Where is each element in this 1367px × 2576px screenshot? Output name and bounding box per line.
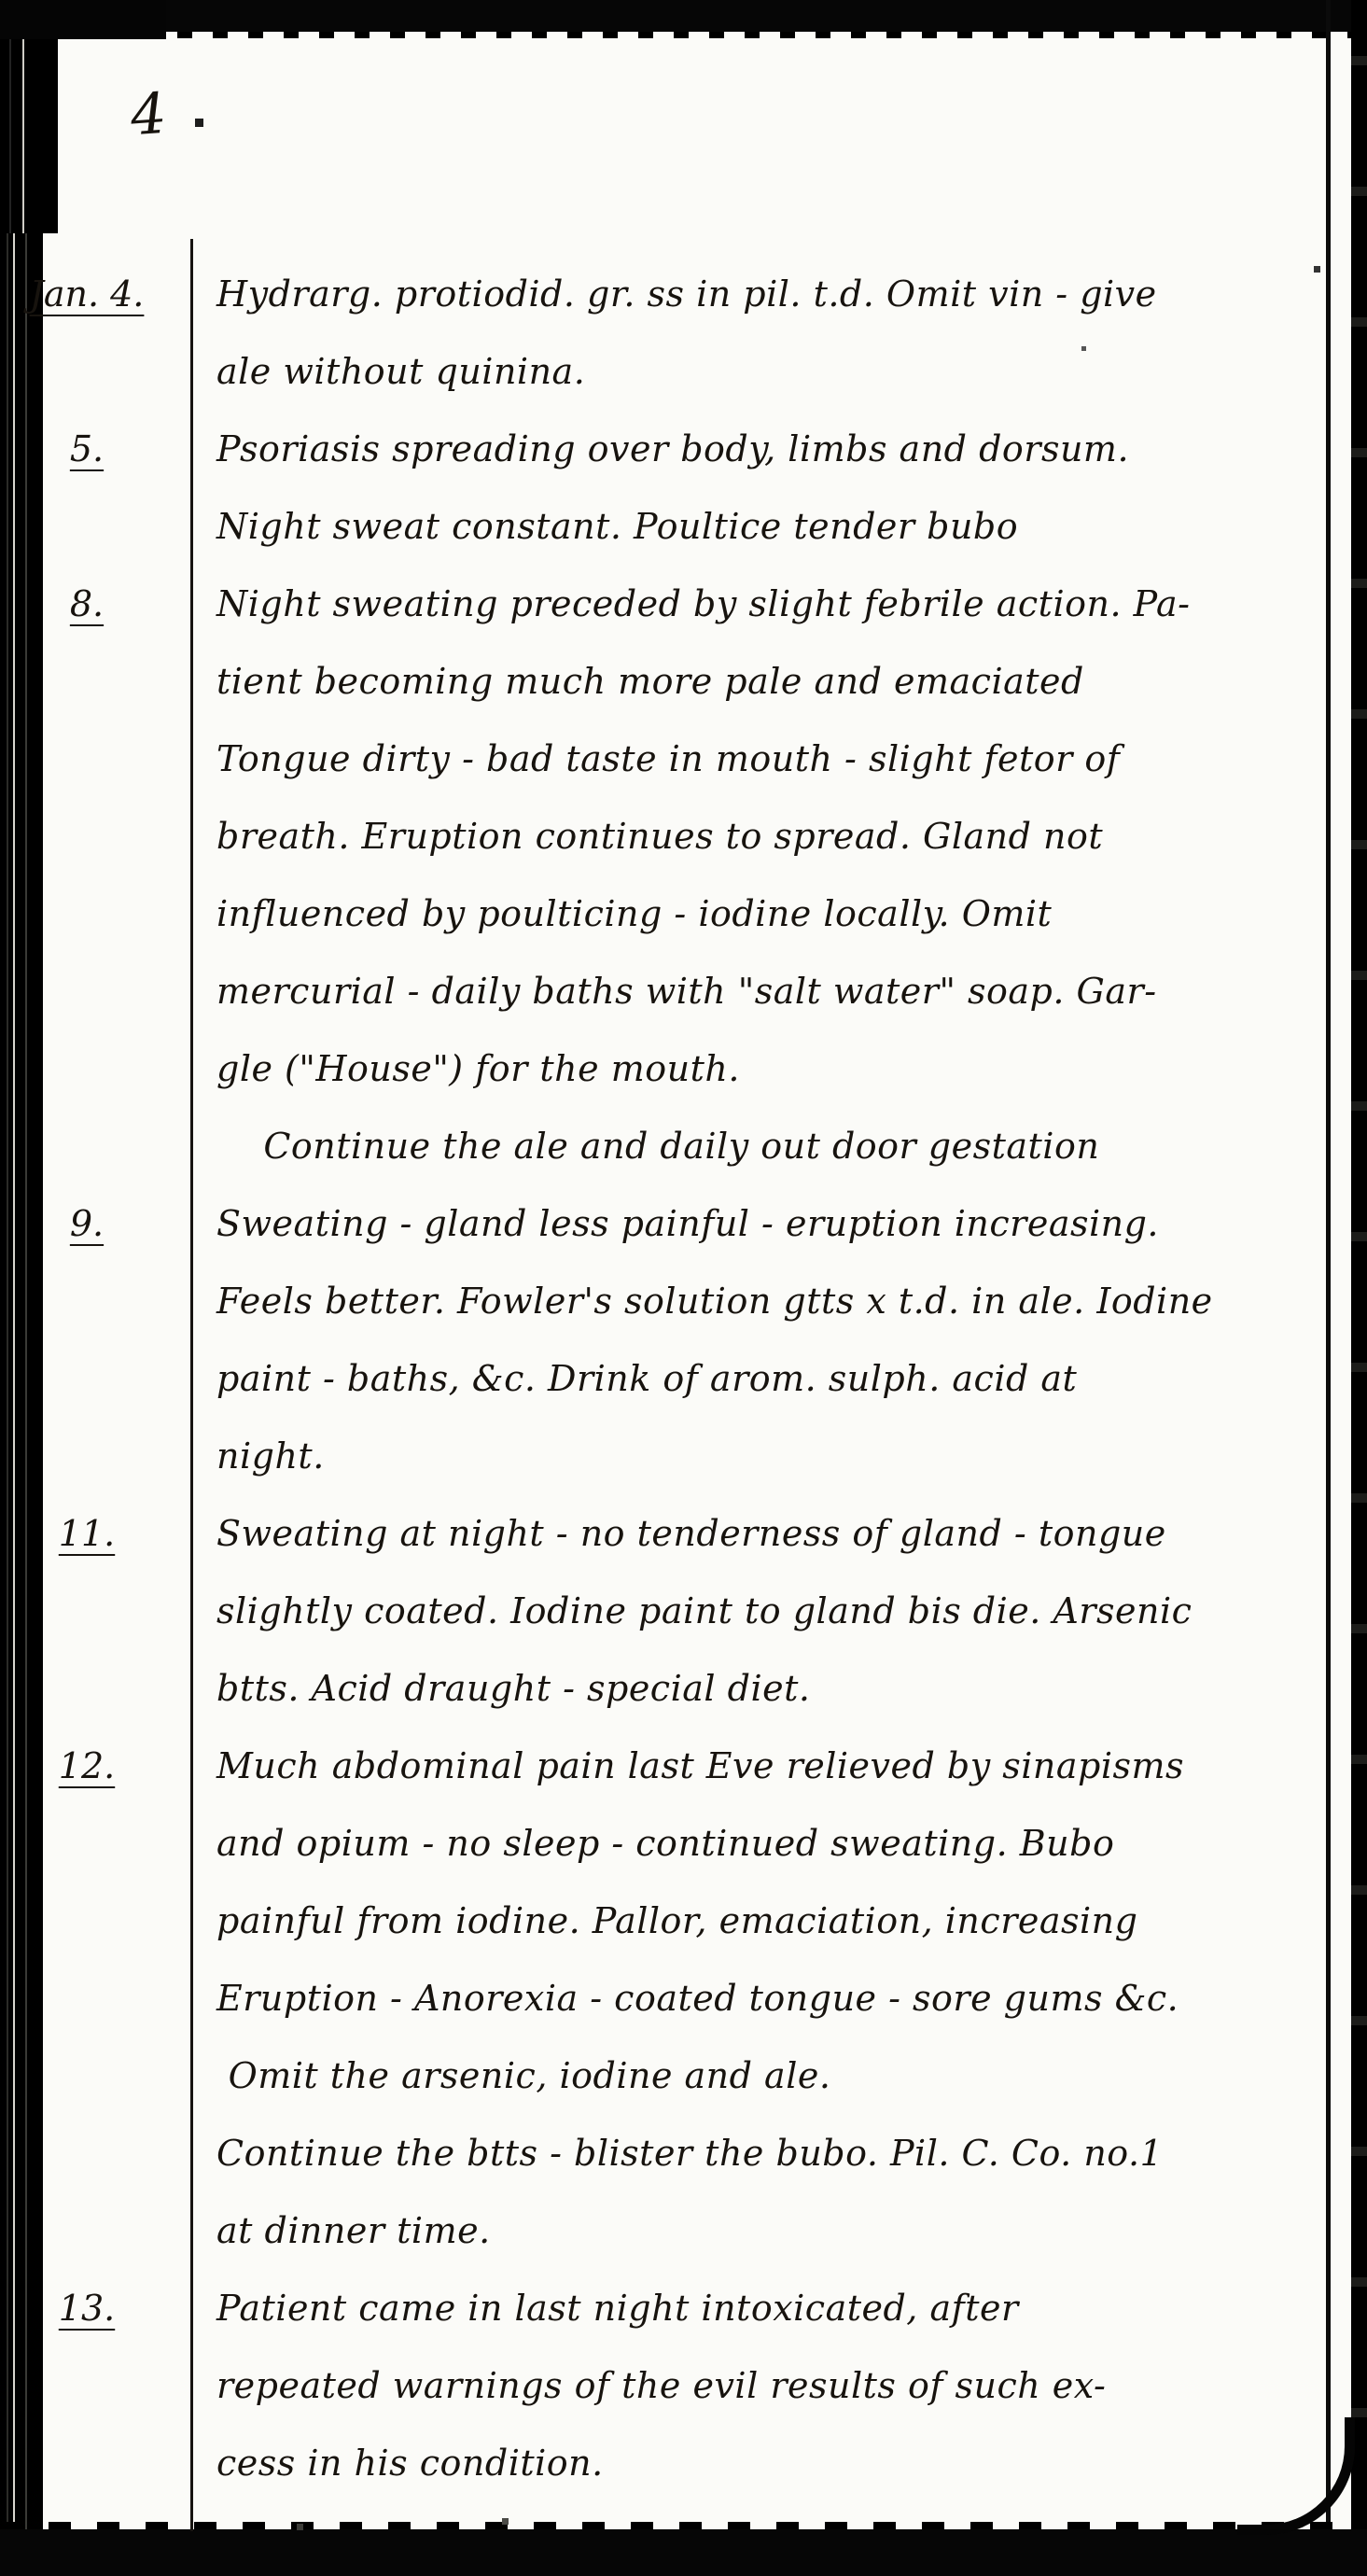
entry-line: cess in his condition. [216,2425,1316,2502]
entry-lines: Hydrarg. protiodid. gr. ss in pil. t.d. … [188,256,1323,411]
entry-line: paint - baths, &c. Drink of arom. sulph.… [216,1340,1316,1418]
entry-line: repeated warnings of the evil results of… [216,2347,1316,2425]
scan-border-right [1351,0,1367,2576]
scan-speckles [0,0,3,3]
scan-border-top [0,0,1367,32]
entry-lines: Sweating - gland less painful - eruption… [188,1185,1323,1495]
entry-line: Psoriasis spreading over body, limbs and… [216,411,1316,488]
entry-line: influenced by poulticing - iodine locall… [216,875,1316,953]
entry-line: night. [216,1418,1316,1495]
entry-line: slightly coated. Iodine paint to gland b… [216,1573,1316,1650]
entry-date: 11. [0,1495,188,1573]
entry-lines: Psoriasis spreading over body, limbs and… [188,411,1323,566]
entry-line: Sweating at night - no tenderness of gla… [216,1495,1316,1573]
entry-date: 12. [0,1728,188,1805]
entry-line: at dinner time. [216,2192,1316,2270]
case-entry: 8. Night sweating preceded by slight feb… [0,566,1323,1185]
case-entry: 12. Much abdominal pain last Eve relieve… [0,1728,1323,2270]
page-number: 4 [129,81,169,148]
page-edge-line [1326,0,1331,2576]
entry-date: 8. [0,566,188,643]
scanned-manuscript-page: 4 Jan. 4. Hydrarg. protiodid. gr. ss in … [0,0,1367,2576]
entry-line: ale without quinina. [216,333,1316,411]
entry-line: Night sweat constant. Poultice tender bu… [216,488,1316,566]
case-entry: Jan. 4. Hydrarg. protiodid. gr. ss in pi… [0,256,1323,411]
scan-corner-top-left [0,0,166,39]
entry-line: Tongue dirty - bad taste in mouth - slig… [216,721,1316,798]
entry-lines: Patient came in last night intoxicated, … [188,2270,1323,2502]
entry-line: gle ("House") for the mouth. [216,1030,1316,1108]
entries: Jan. 4. Hydrarg. protiodid. gr. ss in pi… [0,256,1323,2502]
case-entry: 11. Sweating at night - no tenderness of… [0,1495,1323,1728]
entry-lines: Much abdominal pain last Eve relieved by… [188,1728,1323,2270]
entry-line: Continue the btts - blister the bubo. Pi… [216,2115,1316,2192]
entry-line: Night sweating preceded by slight febril… [216,566,1316,643]
entry-line: and opium - no sleep - continued sweatin… [216,1805,1316,1883]
entry-lines: Night sweating preceded by slight febril… [188,566,1323,1185]
entry-line: painful from iodine. Pallor, emaciation,… [216,1883,1316,1960]
entry-date: 13. [0,2270,188,2347]
entry-date: Jan. 4. [0,256,188,333]
entry-line: Much abdominal pain last Eve relieved by… [216,1728,1316,1805]
entry-line: Eruption - Anorexia - coated tongue - so… [216,1960,1316,2037]
entry-lines: Sweating at night - no tenderness of gla… [188,1495,1323,1728]
entry-line: btts. Acid draught - special diet. [216,1650,1316,1728]
entry-date: 9. [0,1185,188,1263]
case-entry: 9. Sweating - gland less painful - erupt… [0,1185,1323,1495]
entry-line: Feels better. Fowler's solution gtts x t… [216,1263,1316,1340]
entry-line: Continue the ale and daily out door gest… [216,1108,1316,1185]
entry-line: mercurial - daily baths with "salt water… [216,953,1316,1030]
entry-line: Patient came in last night intoxicated, … [216,2270,1316,2347]
entry-line: breath. Eruption continues to spread. Gl… [216,798,1316,875]
entry-line: tient becoming much more pale and emacia… [216,643,1316,721]
entry-date: 5. [0,411,188,488]
entry-line: Sweating - gland less painful - eruption… [216,1185,1316,1263]
case-entry: 13. Patient came in last night intoxicat… [0,2270,1323,2502]
entry-line: Hydrarg. protiodid. gr. ss in pil. t.d. … [216,256,1316,333]
case-entry: 5. Psoriasis spreading over body, limbs … [0,411,1323,566]
scan-border-bottom [0,2529,1367,2576]
entry-line: Omit the arsenic, iodine and ale. [216,2037,1316,2115]
